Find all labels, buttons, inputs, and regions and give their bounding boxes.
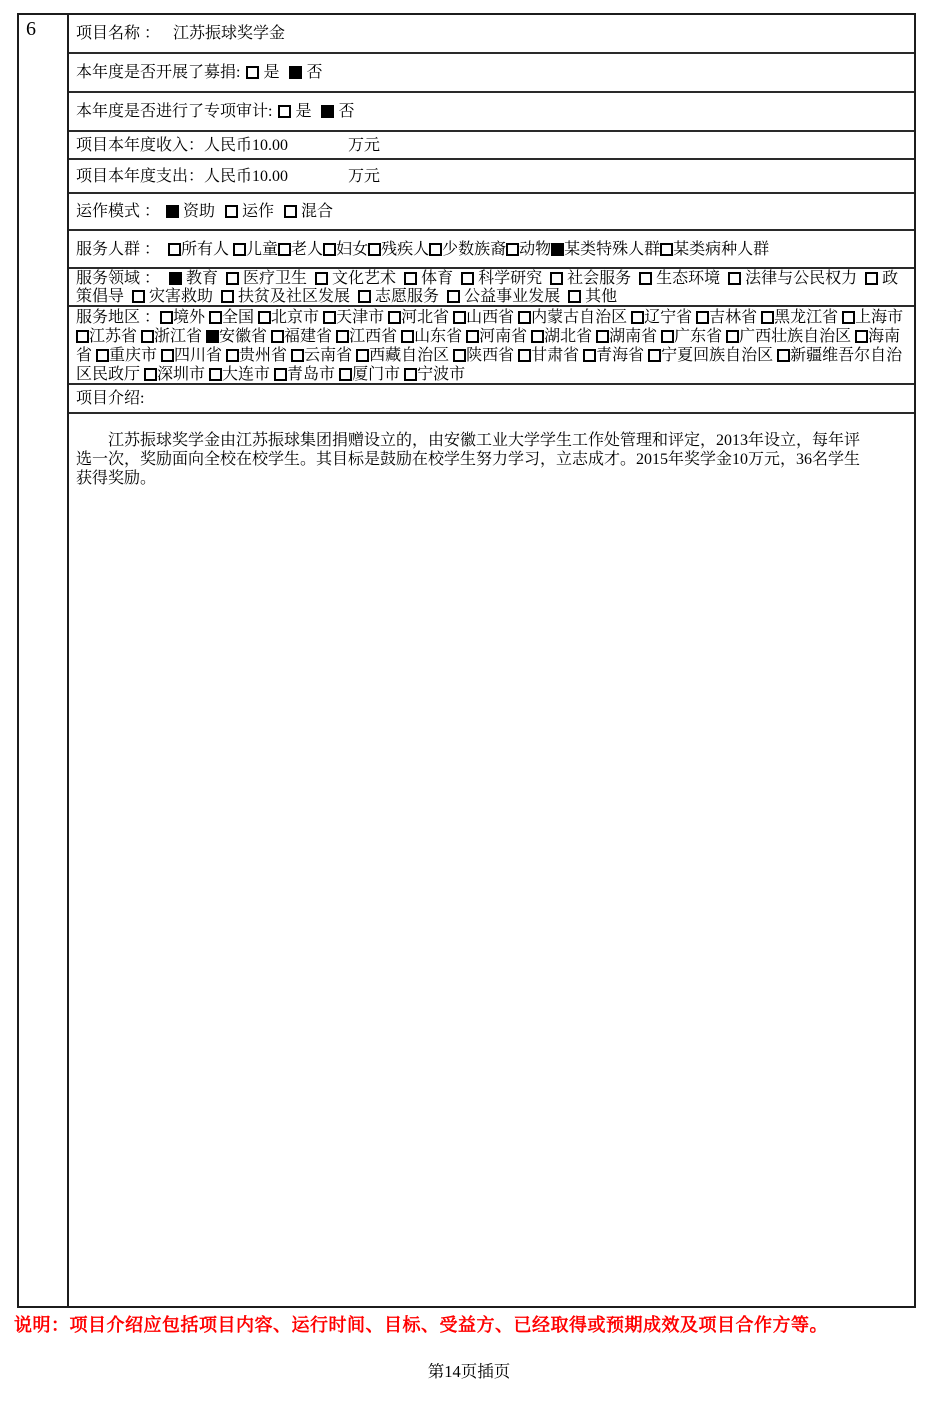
checkbox-label: 其他 [585,288,617,305]
checkbox-label: 全国 [222,309,254,326]
fundraising-label: 本年度是否开展了募捐: [76,63,240,82]
checkbox-label: 生态环境 [656,270,720,287]
project-detail-column: 项目名称 ： 江苏振球奖学金 本年度是否开展了募捐: 是 否 本年度是否进行了专… [69,15,914,1306]
checkbox-label: 儿童 [246,241,278,258]
checkbox-label: 江苏省 [89,328,137,345]
checkbox-unchecked[interactable] [865,272,878,285]
checkbox-unchecked[interactable] [209,311,222,324]
expense-amount: 10.00 [252,167,288,186]
project-intro-row: 江苏振球奖学金由江苏振球集团捐赠设立的，由安徽工业大学学生工作处管理和评定，20… [69,414,914,1306]
checkbox-unchecked[interactable] [777,349,790,362]
service-people-label: 服务人群 ： [76,240,160,259]
checkbox-unchecked[interactable] [161,349,174,362]
checkbox-label: 医疗卫生 [243,270,307,287]
checkbox-unchecked[interactable] [278,105,291,118]
checkbox-label: 扶贫及社区发展 [238,288,350,305]
checkbox-checked[interactable] [289,66,302,79]
checkbox-unchecked[interactable] [388,311,401,324]
expense-label: 项目本年度支出： [76,167,204,186]
checkbox-unchecked[interactable] [144,368,157,381]
income-row: 项目本年度收入： 人民币10.00 万元 [69,132,914,160]
income-amount: 10.00 [252,136,288,155]
checkbox-label: 吉林省 [709,309,757,326]
checkbox-label: 灾害救助 [149,288,213,305]
checkbox-label: 某类特殊人群 [564,241,660,258]
checkbox-label: 河北省 [401,309,449,326]
expense-currency: 人民币 [204,167,252,186]
checkbox-unchecked[interactable] [246,66,259,79]
checkbox-unchecked[interactable] [583,349,596,362]
operation-mode-label: 运作模式 ： [76,202,160,221]
expense-row: 项目本年度支出： 人民币10.00 万元 [69,160,914,194]
checkbox-label: 教育 [186,270,218,287]
checkbox-unchecked[interactable] [726,330,739,343]
checkbox-label: 青海省 [596,347,644,364]
checkbox-label: 安徽省 [219,328,267,345]
checkbox-unchecked[interactable] [291,349,304,362]
checkbox-label: 某类病种人群 [673,241,769,258]
checkbox-checked[interactable] [206,330,219,343]
checkbox-label: 甘肃省 [531,347,579,364]
checkbox-label: 湖南省 [609,328,657,345]
checkbox-checked[interactable] [166,205,179,218]
checkbox-label: 所有人 [181,241,229,258]
checkbox-unchecked[interactable] [160,311,173,324]
checkbox-label: 科学研究 [478,270,542,287]
checkbox-label: 老人 [291,241,323,258]
checkbox-unchecked[interactable] [518,311,531,324]
service-fields-label: 服务领域 ： [76,270,160,287]
checkbox-label: 厦门市 [352,366,400,383]
checkbox-label: 重庆市 [109,347,157,364]
checkbox-label: 资助 [183,203,215,220]
document-page: 6 项目名称 ： 江苏振球奖学金 本年度是否开展了募捐: 是 否 本年度是否进行… [0,0,938,1407]
page-number-footer: 第14页插页 [0,1358,938,1382]
checkbox-unchecked[interactable] [209,368,222,381]
project-intro-label-row: 项目介绍: [69,385,914,414]
checkbox-unchecked[interactable] [278,243,291,256]
fundraising-row: 本年度是否开展了募捐: 是 否 [69,54,914,93]
audit-checkgroup: 是 否 [272,102,354,121]
service-people-checkgroup: 所有人 儿童老人妇女残疾人少数族裔动物某类特殊人群某类病种人群 [168,240,769,259]
checkbox-label: 体育 [421,270,453,287]
checkbox-label: 志愿服务 [375,288,439,305]
checkbox-label: 残疾人 [381,241,429,258]
income-label: 项目本年度收入： [76,136,204,155]
checkbox-label: 妇女 [336,241,368,258]
checkbox-unchecked[interactable] [132,290,145,303]
checkbox-unchecked[interactable] [76,330,89,343]
checkbox-label: 文化艺术 [332,270,396,287]
service-fields-row: 服务领域 ： 教育 医疗卫生 文化艺术 体育 科学研究 社会服务 生态环境 法律… [69,269,914,307]
checkbox-label: 否 [306,64,322,81]
checkbox-label: 福建省 [284,328,332,345]
checkbox-label: 湖北省 [544,328,592,345]
project-intro-label: 项目介绍: [76,389,144,408]
row-number-cell: 6 [19,15,69,1306]
checkbox-unchecked[interactable] [461,272,474,285]
checkbox-unchecked[interactable] [323,243,336,256]
checkbox-label: 是 [263,64,279,81]
checkbox-label: 否 [338,103,354,120]
checkbox-unchecked[interactable] [855,330,868,343]
checkbox-label: 北京市 [271,309,319,326]
checkbox-unchecked[interactable] [336,330,349,343]
fundraising-checkgroup: 是 否 [240,63,322,82]
row-number: 6 [26,18,36,40]
checkbox-unchecked[interactable] [631,311,644,324]
checkbox-checked[interactable] [169,272,182,285]
checkbox-label: 宁波市 [417,366,465,383]
checkbox-unchecked[interactable] [356,349,369,362]
expense-unit: 万元 [348,167,380,186]
checkbox-label: 贵州省 [239,347,287,364]
checkbox-unchecked[interactable] [648,349,661,362]
checkbox-unchecked[interactable] [339,368,352,381]
checkbox-unchecked[interactable] [225,205,238,218]
checkbox-label: 公益事业发展 [464,288,560,305]
checkbox-unchecked[interactable] [550,272,563,285]
checkbox-unchecked[interactable] [96,349,109,362]
checkbox-label: 天津市 [336,309,384,326]
checkbox-unchecked[interactable] [447,290,460,303]
service-regions-checkgroup: 境外 全国 北京市 天津市 河北省 山西省 内蒙古自治区 辽宁省 吉林省 黑龙江… [76,309,903,383]
checkbox-unchecked[interactable] [531,330,544,343]
checkbox-unchecked[interactable] [401,330,414,343]
checkbox-unchecked[interactable] [404,368,417,381]
checkbox-unchecked[interactable] [842,311,855,324]
checkbox-label: 上海市 [855,309,903,326]
checkbox-unchecked[interactable] [761,311,774,324]
checkbox-label: 辽宁省 [644,309,692,326]
checkbox-label: 社会服务 [567,270,631,287]
checkbox-label: 黑龙江省 [774,309,838,326]
checkbox-unchecked[interactable] [284,205,297,218]
checkbox-unchecked[interactable] [358,290,371,303]
checkbox-unchecked[interactable] [404,272,417,285]
checkbox-unchecked[interactable] [453,349,466,362]
income-currency: 人民币 [204,136,252,155]
checkbox-label: 境外 [173,309,205,326]
checkbox-unchecked[interactable] [168,243,181,256]
checkbox-label: 是 [295,103,311,120]
checkbox-checked[interactable] [551,243,564,256]
checkbox-unchecked[interactable] [466,330,479,343]
service-fields-checkgroup: 教育 医疗卫生 文化艺术 体育 科学研究 社会服务 生态环境 法律与公民权力 政… [76,270,898,305]
checkbox-unchecked[interactable] [696,311,709,324]
checkbox-unchecked[interactable] [660,243,673,256]
operation-mode-checkgroup: 资助 运作 混合 [160,202,333,221]
checkbox-unchecked[interactable] [506,243,519,256]
checkbox-label: 浙江省 [154,328,202,345]
checkbox-unchecked[interactable] [274,368,287,381]
checkbox-label: 广西壮族自治区 [739,328,851,345]
project-name-row: 项目名称 ： 江苏振球奖学金 [69,15,914,54]
checkbox-label: 动物 [519,241,551,258]
checkbox-unchecked[interactable] [323,311,336,324]
checkbox-checked[interactable] [321,105,334,118]
checkbox-label: 大连市 [222,366,270,383]
checkbox-label: 西藏自治区 [369,347,449,364]
checkbox-unchecked[interactable] [368,243,381,256]
checkbox-label: 山东省 [414,328,462,345]
explanation-note: 说明：项目介绍应包括项目内容、运行时间、目标、受益方、已经取得或预期成效及项目合… [14,1314,924,1336]
checkbox-label: 运作 [242,203,274,220]
checkbox-label: 内蒙古自治区 [531,309,627,326]
checkbox-unchecked[interactable] [233,243,246,256]
checkbox-label: 山西省 [466,309,514,326]
checkbox-label: 宁夏回族自治区 [661,347,773,364]
checkbox-unchecked[interactable] [226,272,239,285]
checkbox-unchecked[interactable] [315,272,328,285]
checkbox-unchecked[interactable] [221,290,234,303]
checkbox-label: 河南省 [479,328,527,345]
service-people-row: 服务人群 ： 所有人 儿童老人妇女残疾人少数族裔动物某类特殊人群某类病种人群 [69,231,914,269]
project-name-label: 项目名称 ： [76,24,160,43]
checkbox-unchecked[interactable] [596,330,609,343]
project-info-table: 6 项目名称 ： 江苏振球奖学金 本年度是否开展了募捐: 是 否 本年度是否进行… [17,13,916,1308]
checkbox-label: 少数族裔 [442,241,506,258]
checkbox-unchecked[interactable] [258,311,271,324]
project-name-value: 江苏振球奖学金 [173,24,285,43]
project-intro-text: 江苏振球奖学金由江苏振球集团捐赠设立的，由安徽工业大学学生工作处管理和评定，20… [76,431,909,488]
checkbox-unchecked[interactable] [639,272,652,285]
checkbox-label: 江西省 [349,328,397,345]
checkbox-unchecked[interactable] [661,330,674,343]
checkbox-unchecked[interactable] [226,349,239,362]
checkbox-label: 云南省 [304,347,352,364]
checkbox-label: 混合 [301,203,333,220]
audit-row: 本年度是否进行了专项审计: 是 否 [69,93,914,132]
checkbox-label: 陕西省 [466,347,514,364]
audit-label: 本年度是否进行了专项审计: [76,102,272,121]
service-regions-row: 服务地区 ：境外 全国 北京市 天津市 河北省 山西省 内蒙古自治区 辽宁省 吉… [69,307,914,385]
income-unit: 万元 [348,136,380,155]
service-regions-label: 服务地区 ： [76,309,160,326]
checkbox-label: 青岛市 [287,366,335,383]
checkbox-label: 广东省 [674,328,722,345]
checkbox-label: 四川省 [174,347,222,364]
checkbox-unchecked[interactable] [518,349,531,362]
checkbox-unchecked[interactable] [141,330,154,343]
checkbox-label: 深圳市 [157,366,205,383]
checkbox-unchecked[interactable] [429,243,442,256]
checkbox-unchecked[interactable] [728,272,741,285]
checkbox-unchecked[interactable] [568,290,581,303]
operation-mode-row: 运作模式 ： 资助 运作 混合 [69,194,914,231]
checkbox-unchecked[interactable] [271,330,284,343]
checkbox-label: 法律与公民权力 [745,270,857,287]
checkbox-unchecked[interactable] [453,311,466,324]
